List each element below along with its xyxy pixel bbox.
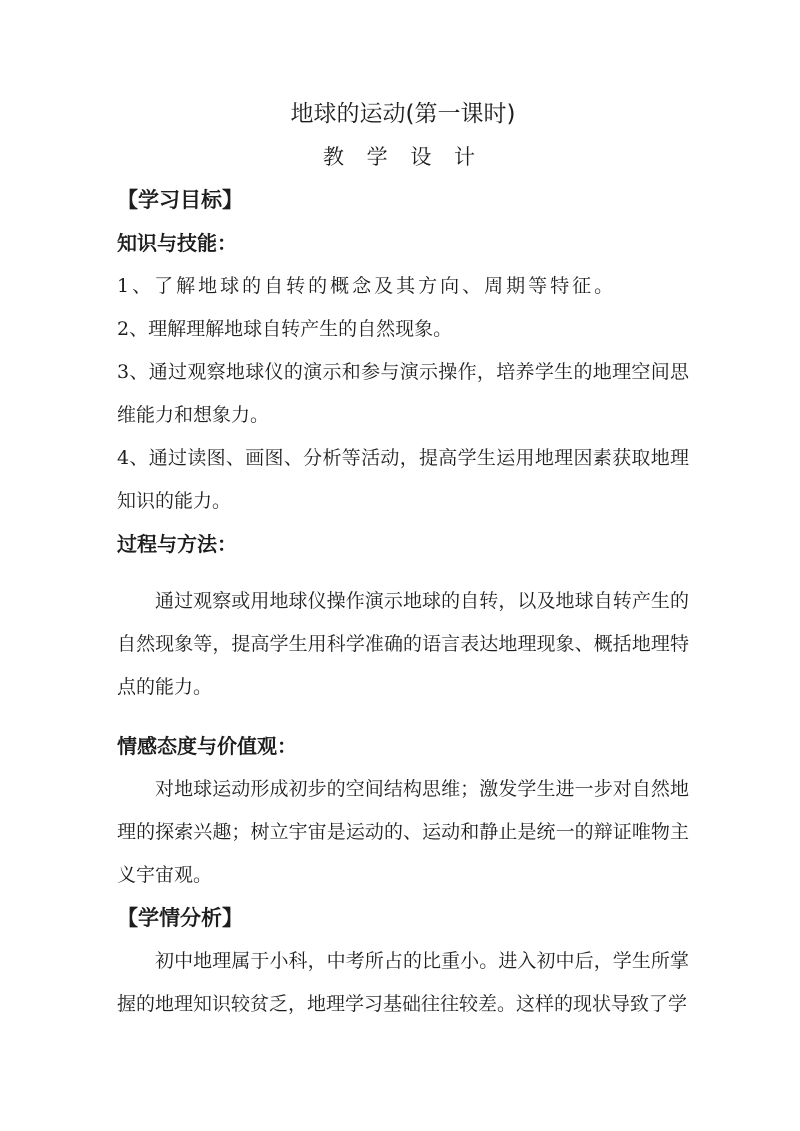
document-title: 地球的运动(第一课时): [117, 93, 689, 136]
knowledge-skills-item-4: 4、通过读图、画图、分析等活动，提高学生运用地理因素获取地理知识的能力。: [117, 437, 689, 523]
knowledge-skills-item-2: 2、理解理解地球自转产生的自然现象。: [117, 308, 689, 351]
section-heading-learning-goals: 【学习目标】: [117, 179, 689, 222]
subsection-heading-knowledge-skills: 知识与技能：: [117, 222, 689, 265]
learner-analysis-paragraph: 初中地理属于小科，中考所占的比重小。进入初中后，学生所掌握的地理知识较贫乏，地理…: [117, 940, 689, 1026]
subsection-heading-process-methods: 过程与方法：: [117, 523, 689, 566]
document-page: 地球的运动(第一课时) 教 学 设 计 【学习目标】 知识与技能： 1、了解地球…: [0, 0, 800, 1131]
process-methods-paragraph: 通过观察或用地球仪操作演示地球的自转，以及地球自转产生的自然现象等，提高学生用科…: [117, 580, 689, 709]
knowledge-skills-item-1: 1、了解地球的自转的概念及其方向、周期等特征。: [117, 265, 689, 308]
document-subtitle: 教 学 设 计: [117, 136, 689, 179]
affective-values-paragraph: 对地球运动形成初步的空间结构思维；激发学生进一步对自然地理的探索兴趣；树立宇宙是…: [117, 768, 689, 897]
knowledge-skills-item-3: 3、通过观察地球仪的演示和参与演示操作，培养学生的地理空间思维能力和想象力。: [117, 351, 689, 437]
section-heading-learner-analysis: 【学情分析】: [117, 897, 689, 940]
subsection-heading-affective-values: 情感态度与价值观：: [117, 725, 689, 768]
